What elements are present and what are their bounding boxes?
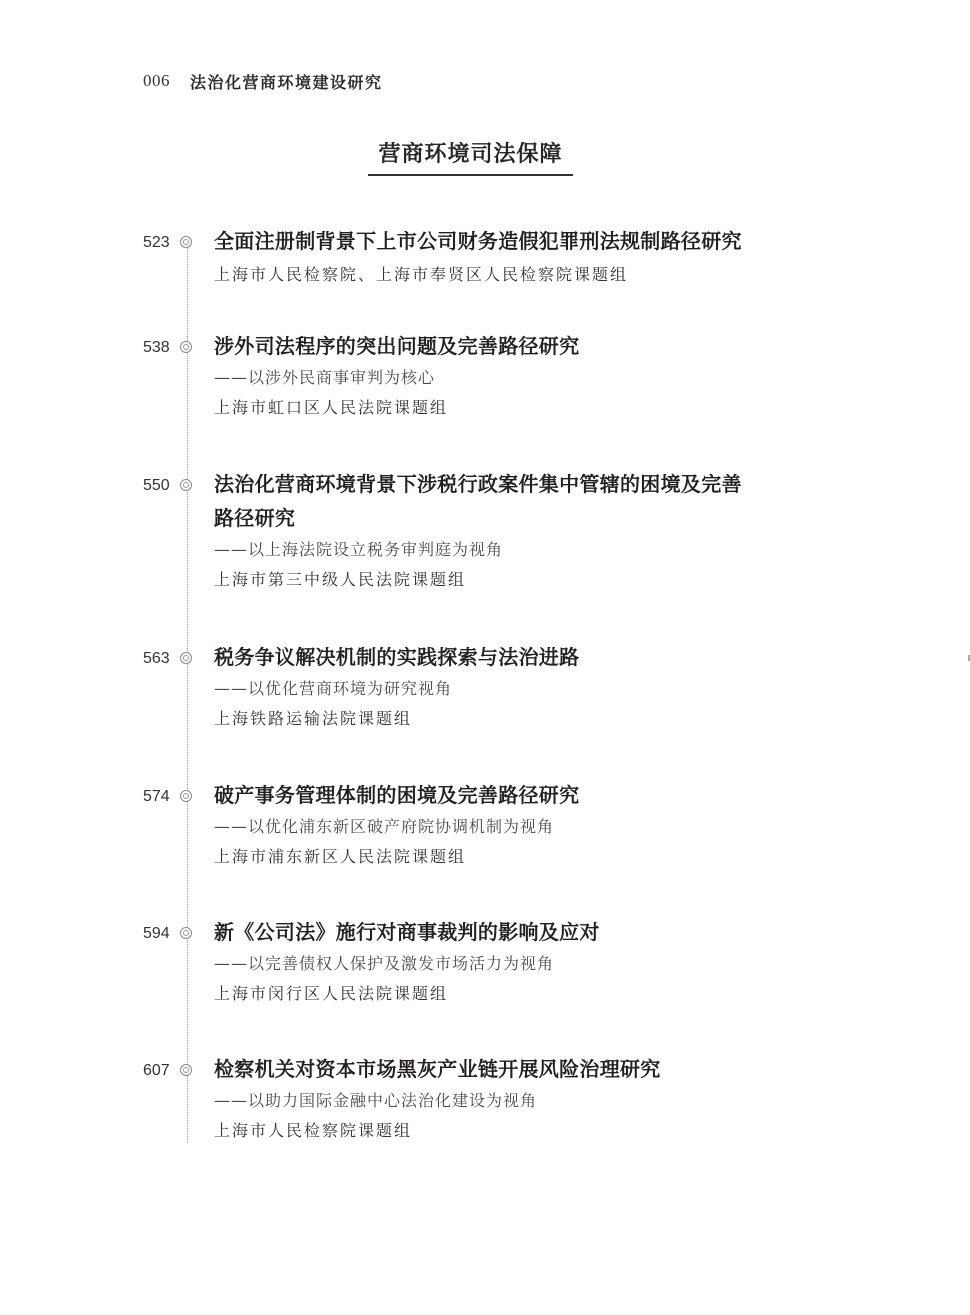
toc-entry-author: 上海市人民检察院、上海市奉贤区人民检察院课题组 bbox=[214, 264, 814, 286]
toc-entry-subtitle: ——以完善债权人保护及激发市场活力为视角 bbox=[214, 953, 814, 975]
page-folio: 006 bbox=[143, 71, 170, 91]
toc-entry-title[interactable]: 全面注册制背景下上市公司财务造假犯罪刑法规制路径研究 bbox=[214, 224, 814, 258]
toc-entry-subtitle: ——以上海法院设立税务审判庭为视角 bbox=[214, 539, 759, 561]
double-circle-icon bbox=[180, 341, 192, 353]
toc-page-number: 607 bbox=[143, 1060, 170, 1082]
toc-page-number: 550 bbox=[143, 475, 170, 497]
double-circle-icon bbox=[180, 790, 192, 802]
toc-entry-author: 上海市人民检察院课题组 bbox=[214, 1120, 814, 1142]
timeline-dotted-line bbox=[187, 248, 188, 1143]
section-title: 营商环境司法保障 bbox=[368, 140, 573, 176]
book-title: 法治化营商环境建设研究 bbox=[190, 70, 383, 93]
toc-entry-author: 上海市虹口区人民法院课题组 bbox=[214, 397, 814, 419]
toc-entry-title[interactable]: 税务争议解决机制的实践探索与法治进路 bbox=[214, 640, 814, 674]
toc-entry-title[interactable]: 检察机关对资本市场黑灰产业链开展风险治理研究 bbox=[214, 1052, 814, 1086]
toc-entry-author: 上海市闵行区人民法院课题组 bbox=[214, 983, 814, 1005]
toc-page-number: 574 bbox=[143, 786, 170, 808]
toc-page-number: 594 bbox=[143, 923, 170, 945]
double-circle-icon bbox=[180, 927, 192, 939]
double-circle-icon bbox=[180, 1064, 192, 1076]
toc-page-number: 563 bbox=[143, 648, 170, 670]
toc-entry-title[interactable]: 涉外司法程序的突出问题及完善路径研究 bbox=[214, 329, 814, 363]
toc-entry-author: 上海市浦东新区人民法院课题组 bbox=[214, 846, 814, 868]
toc-entry-title[interactable]: 破产事务管理体制的困境及完善路径研究 bbox=[214, 778, 814, 812]
toc-entry-subtitle: ——以优化营商环境为研究视角 bbox=[214, 678, 814, 700]
double-circle-icon bbox=[180, 236, 192, 248]
toc-entry-author: 上海铁路运输法院课题组 bbox=[214, 708, 814, 730]
toc-entry-title[interactable]: 法治化营商环境背景下涉税行政案件集中管辖的困境及完善路径研究 bbox=[214, 467, 759, 535]
toc-page-number: 538 bbox=[143, 337, 170, 359]
running-head: 006 法治化营商环境建设研究 bbox=[143, 70, 383, 92]
toc-entry-subtitle: ——以涉外民商事审判为核心 bbox=[214, 367, 814, 389]
double-circle-icon bbox=[180, 652, 192, 664]
toc-entry-subtitle: ——以优化浦东新区破产府院协调机制为视角 bbox=[214, 816, 814, 838]
toc-entry-subtitle: ——以助力国际金融中心法治化建设为视角 bbox=[214, 1090, 814, 1112]
toc-entry-author: 上海市第三中级人民法院课题组 bbox=[214, 569, 759, 591]
toc-page-number: 523 bbox=[143, 232, 170, 254]
double-circle-icon bbox=[180, 479, 192, 491]
toc-entry-title[interactable]: 新《公司法》施行对商事裁判的影响及应对 bbox=[214, 915, 814, 949]
